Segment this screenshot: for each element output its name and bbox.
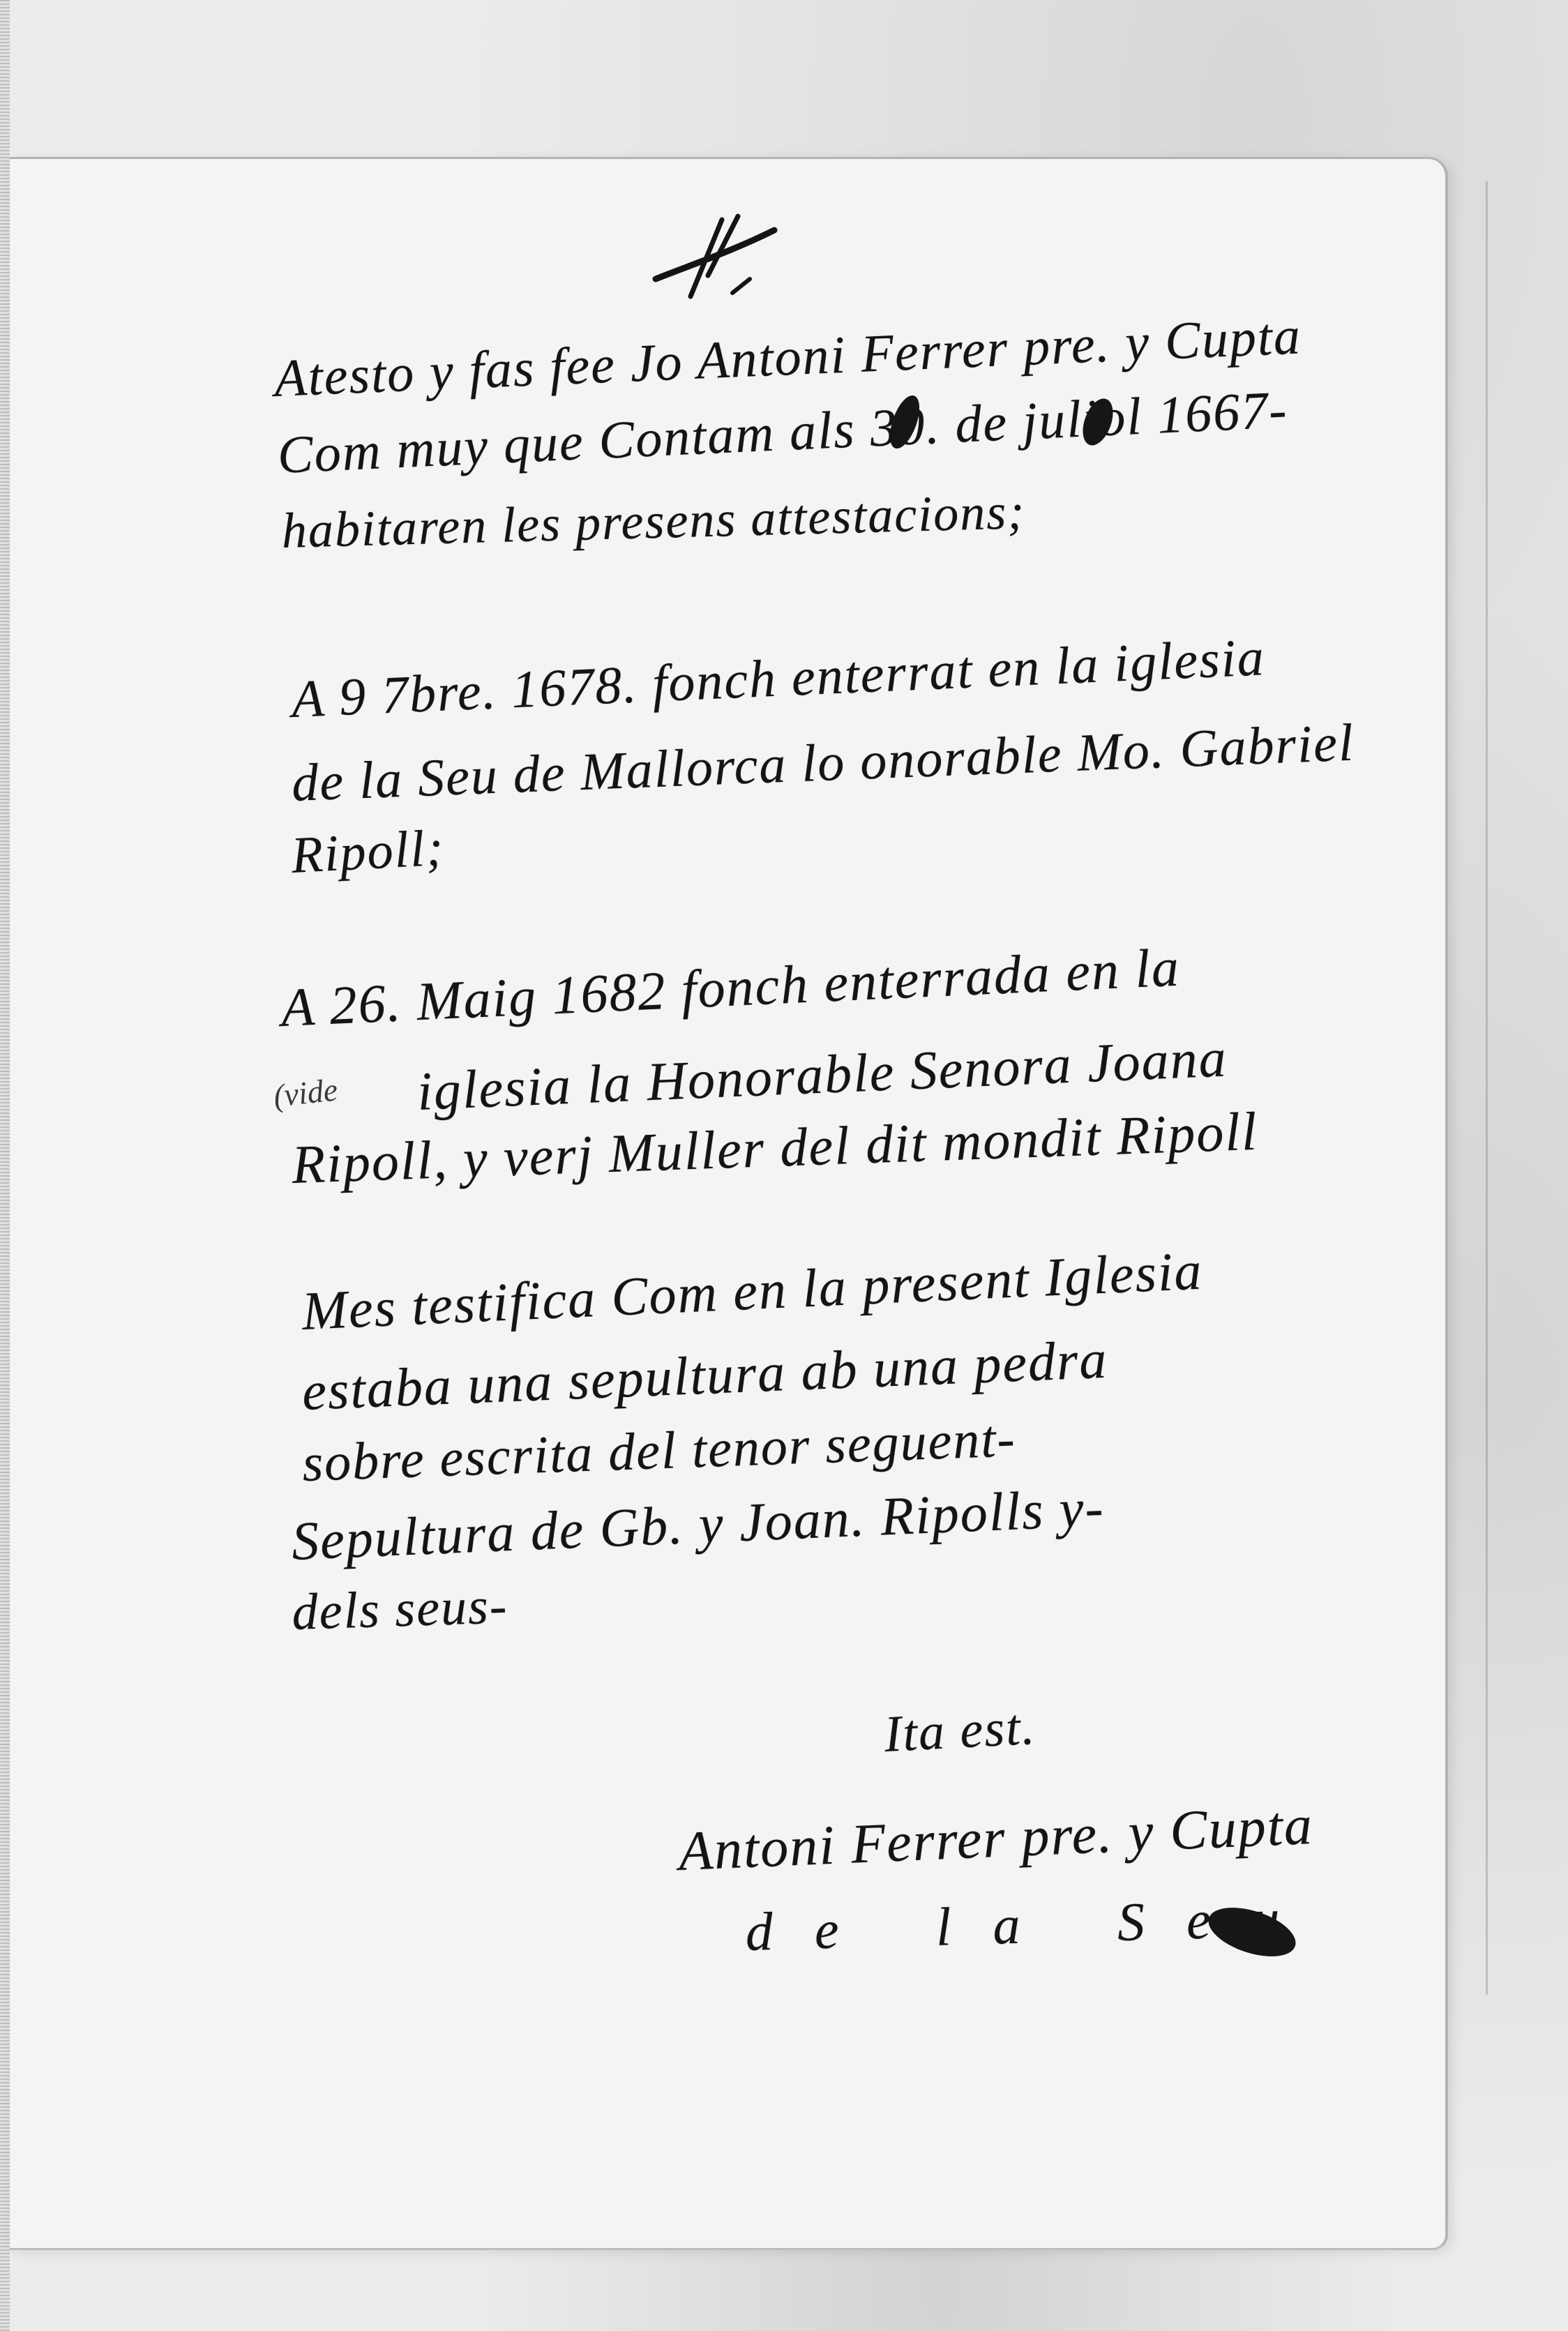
entry-1678-line-3: Ripoll; xyxy=(290,819,446,886)
margin-note-vide: (vide xyxy=(271,1071,339,1114)
underlying-page-edge xyxy=(1486,181,1488,1995)
cross-icon xyxy=(649,209,781,300)
closing-formula: Ita est. xyxy=(883,1698,1038,1765)
scanner-edge xyxy=(0,0,10,2331)
certification-line-5: dels seus- xyxy=(291,1576,508,1643)
